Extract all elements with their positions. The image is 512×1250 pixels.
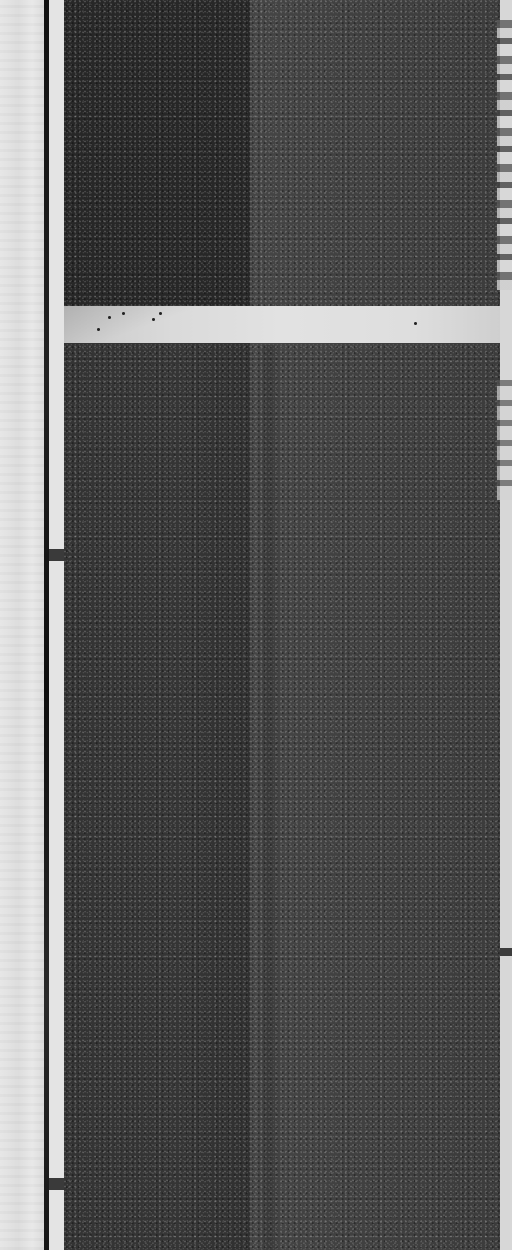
left-sidewalk <box>0 0 46 1250</box>
road-surface-image <box>0 0 512 1250</box>
right-curb-vegetation <box>497 380 512 500</box>
right-curb-vegetation <box>497 20 512 290</box>
stop-line <box>64 306 500 343</box>
wheel-track <box>258 345 280 1250</box>
right-lane <box>250 0 500 1250</box>
left-edge-line <box>49 0 64 1250</box>
right-curb-break <box>500 948 512 956</box>
left-lane-shadow <box>64 0 250 305</box>
